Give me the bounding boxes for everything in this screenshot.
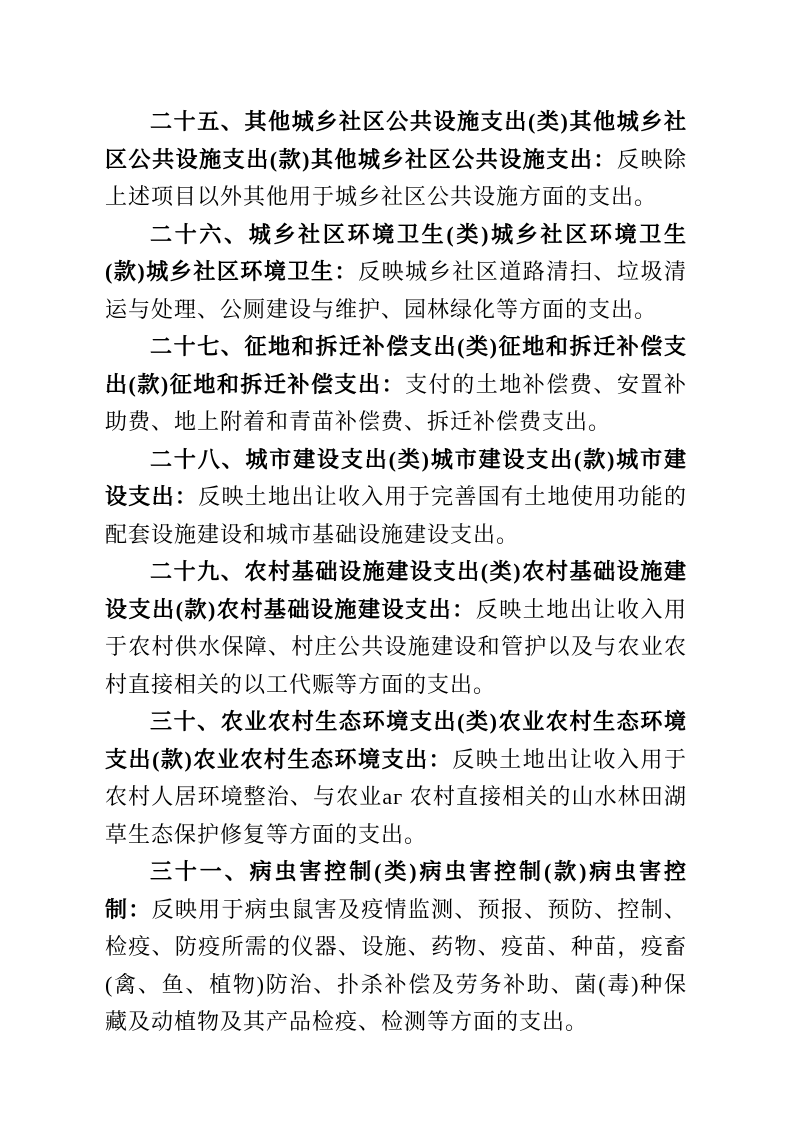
- clause-paragraph: 二十九、农村基础设施建设支出(类)农村基础设施建设支出(款)农村基础设施建设支出…: [105, 553, 687, 703]
- document-content: 二十五、其他城乡社区公共设施支出(类)其他城乡社区公共设施支出(款)其他城乡社区…: [0, 0, 793, 1041]
- clause-body: 反映用于病虫鼠害及疫情监测、预报、预防、控制、检疫、防疫所需的仪器、设施、药物、…: [105, 897, 687, 1035]
- clause-paragraph: 三十、农业农村生态环境支出(类)农业农村生态环境支出(款)农业农村生态环境支出：…: [105, 703, 687, 853]
- clause-paragraph: 三十一、病虫害控制(类)病虫害控制(款)病虫害控制：反映用于病虫鼠害及疫情监测、…: [105, 853, 687, 1041]
- clause-paragraph: 二十八、城市建设支出(类)城市建设支出(款)城市建设支出：反映土地出让收入用于完…: [105, 441, 687, 554]
- clause-paragraph: 二十五、其他城乡社区公共设施支出(类)其他城乡社区公共设施支出(款)其他城乡社区…: [105, 103, 687, 216]
- clause-paragraph: 二十七、征地和拆迁补偿支出(类)征地和拆迁补偿支出(款)征地和拆迁补偿支出：支付…: [105, 328, 687, 441]
- document-page: 二十五、其他城乡社区公共设施支出(类)其他城乡社区公共设施支出(款)其他城乡社区…: [0, 0, 793, 1122]
- clause-heading: 二十五、其他城乡社区公共设施支出(类)其他城乡社区公共设施支出(款)其他城乡社区…: [105, 109, 687, 172]
- clause-paragraph: 二十六、城乡社区环境卫生(类)城乡社区环境卫生(款)城乡社区环境卫生：反映城乡社…: [105, 216, 687, 329]
